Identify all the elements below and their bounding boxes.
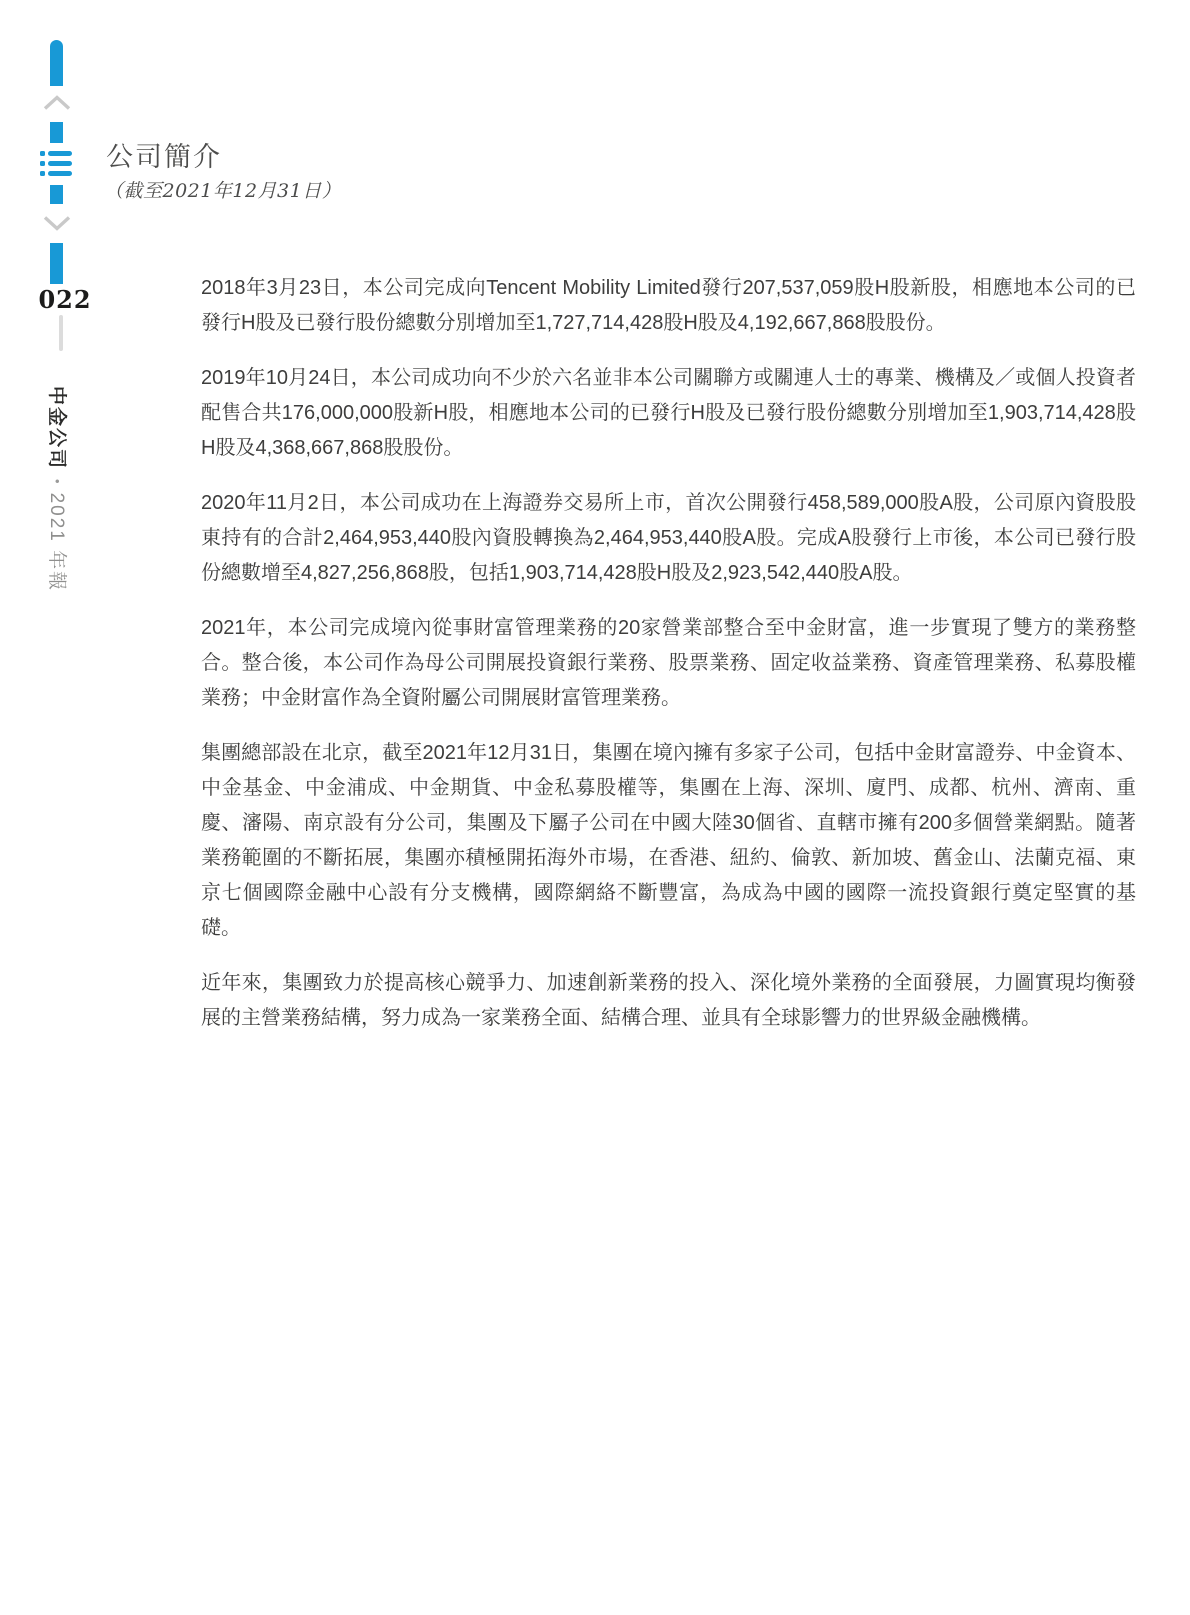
- body-paragraph-outlook: 近年來，集團致力於提高核心競爭力、加速創新業務的投入、深化境外業務的全面發展，力…: [201, 966, 1136, 1036]
- list-icon-dot: [40, 171, 45, 176]
- rail-segment-lower: [50, 185, 63, 204]
- list-icon-dot: [40, 161, 45, 166]
- spine-edition: 2021 年報: [46, 493, 67, 593]
- page-title: 公司簡介: [106, 141, 222, 175]
- list-icon-row: [40, 171, 72, 176]
- spine-text: 中金公司•2021 年報: [47, 386, 67, 592]
- page-subtitle: （截至2021年12月31日）: [104, 178, 341, 204]
- chevron-up-icon: [43, 95, 71, 111]
- body-paragraph-2021: 2021年，本公司完成境內從事財富管理業務的20家營業部整合至中金財富，進一步實…: [201, 611, 1136, 716]
- rail-bottom-bar: [50, 243, 63, 284]
- rail-segment-upper: [50, 122, 63, 143]
- body-paragraph-2019: 2019年10月24日，本公司成功向不少於六名並非本公司關聯方或關連人士的專業、…: [201, 361, 1136, 466]
- list-icon-bar: [48, 171, 72, 176]
- list-icon-row: [40, 161, 72, 166]
- list-icon: [40, 151, 72, 176]
- spine-company: 中金公司: [46, 386, 67, 470]
- rail-top-bar: [50, 40, 63, 86]
- body-paragraph-2020: 2020年11月2日，本公司成功在上海證券交易所上市，首次公開發行458,589…: [201, 486, 1136, 591]
- chevron-down-icon: [43, 215, 71, 231]
- list-icon-bar: [48, 161, 72, 166]
- list-icon-row: [40, 151, 72, 156]
- page-number-tick: [59, 315, 63, 351]
- list-icon-dot: [40, 151, 45, 156]
- page-number: 022: [36, 285, 94, 314]
- body-content: 2018年3月23日，本公司完成向Tencent Mobility Limite…: [201, 271, 1136, 1056]
- body-paragraph-group-network: 集團總部設在北京，截至2021年12月31日，集團在境內擁有多家子公司，包括中金…: [201, 736, 1136, 946]
- spine-separator: •: [50, 479, 65, 484]
- list-icon-bar: [48, 151, 72, 156]
- body-paragraph-2018: 2018年3月23日，本公司完成向Tencent Mobility Limite…: [201, 271, 1136, 341]
- report-page: 022 中金公司•2021 年報 公司簡介 （截至2021年12月31日） 20…: [0, 0, 1190, 1615]
